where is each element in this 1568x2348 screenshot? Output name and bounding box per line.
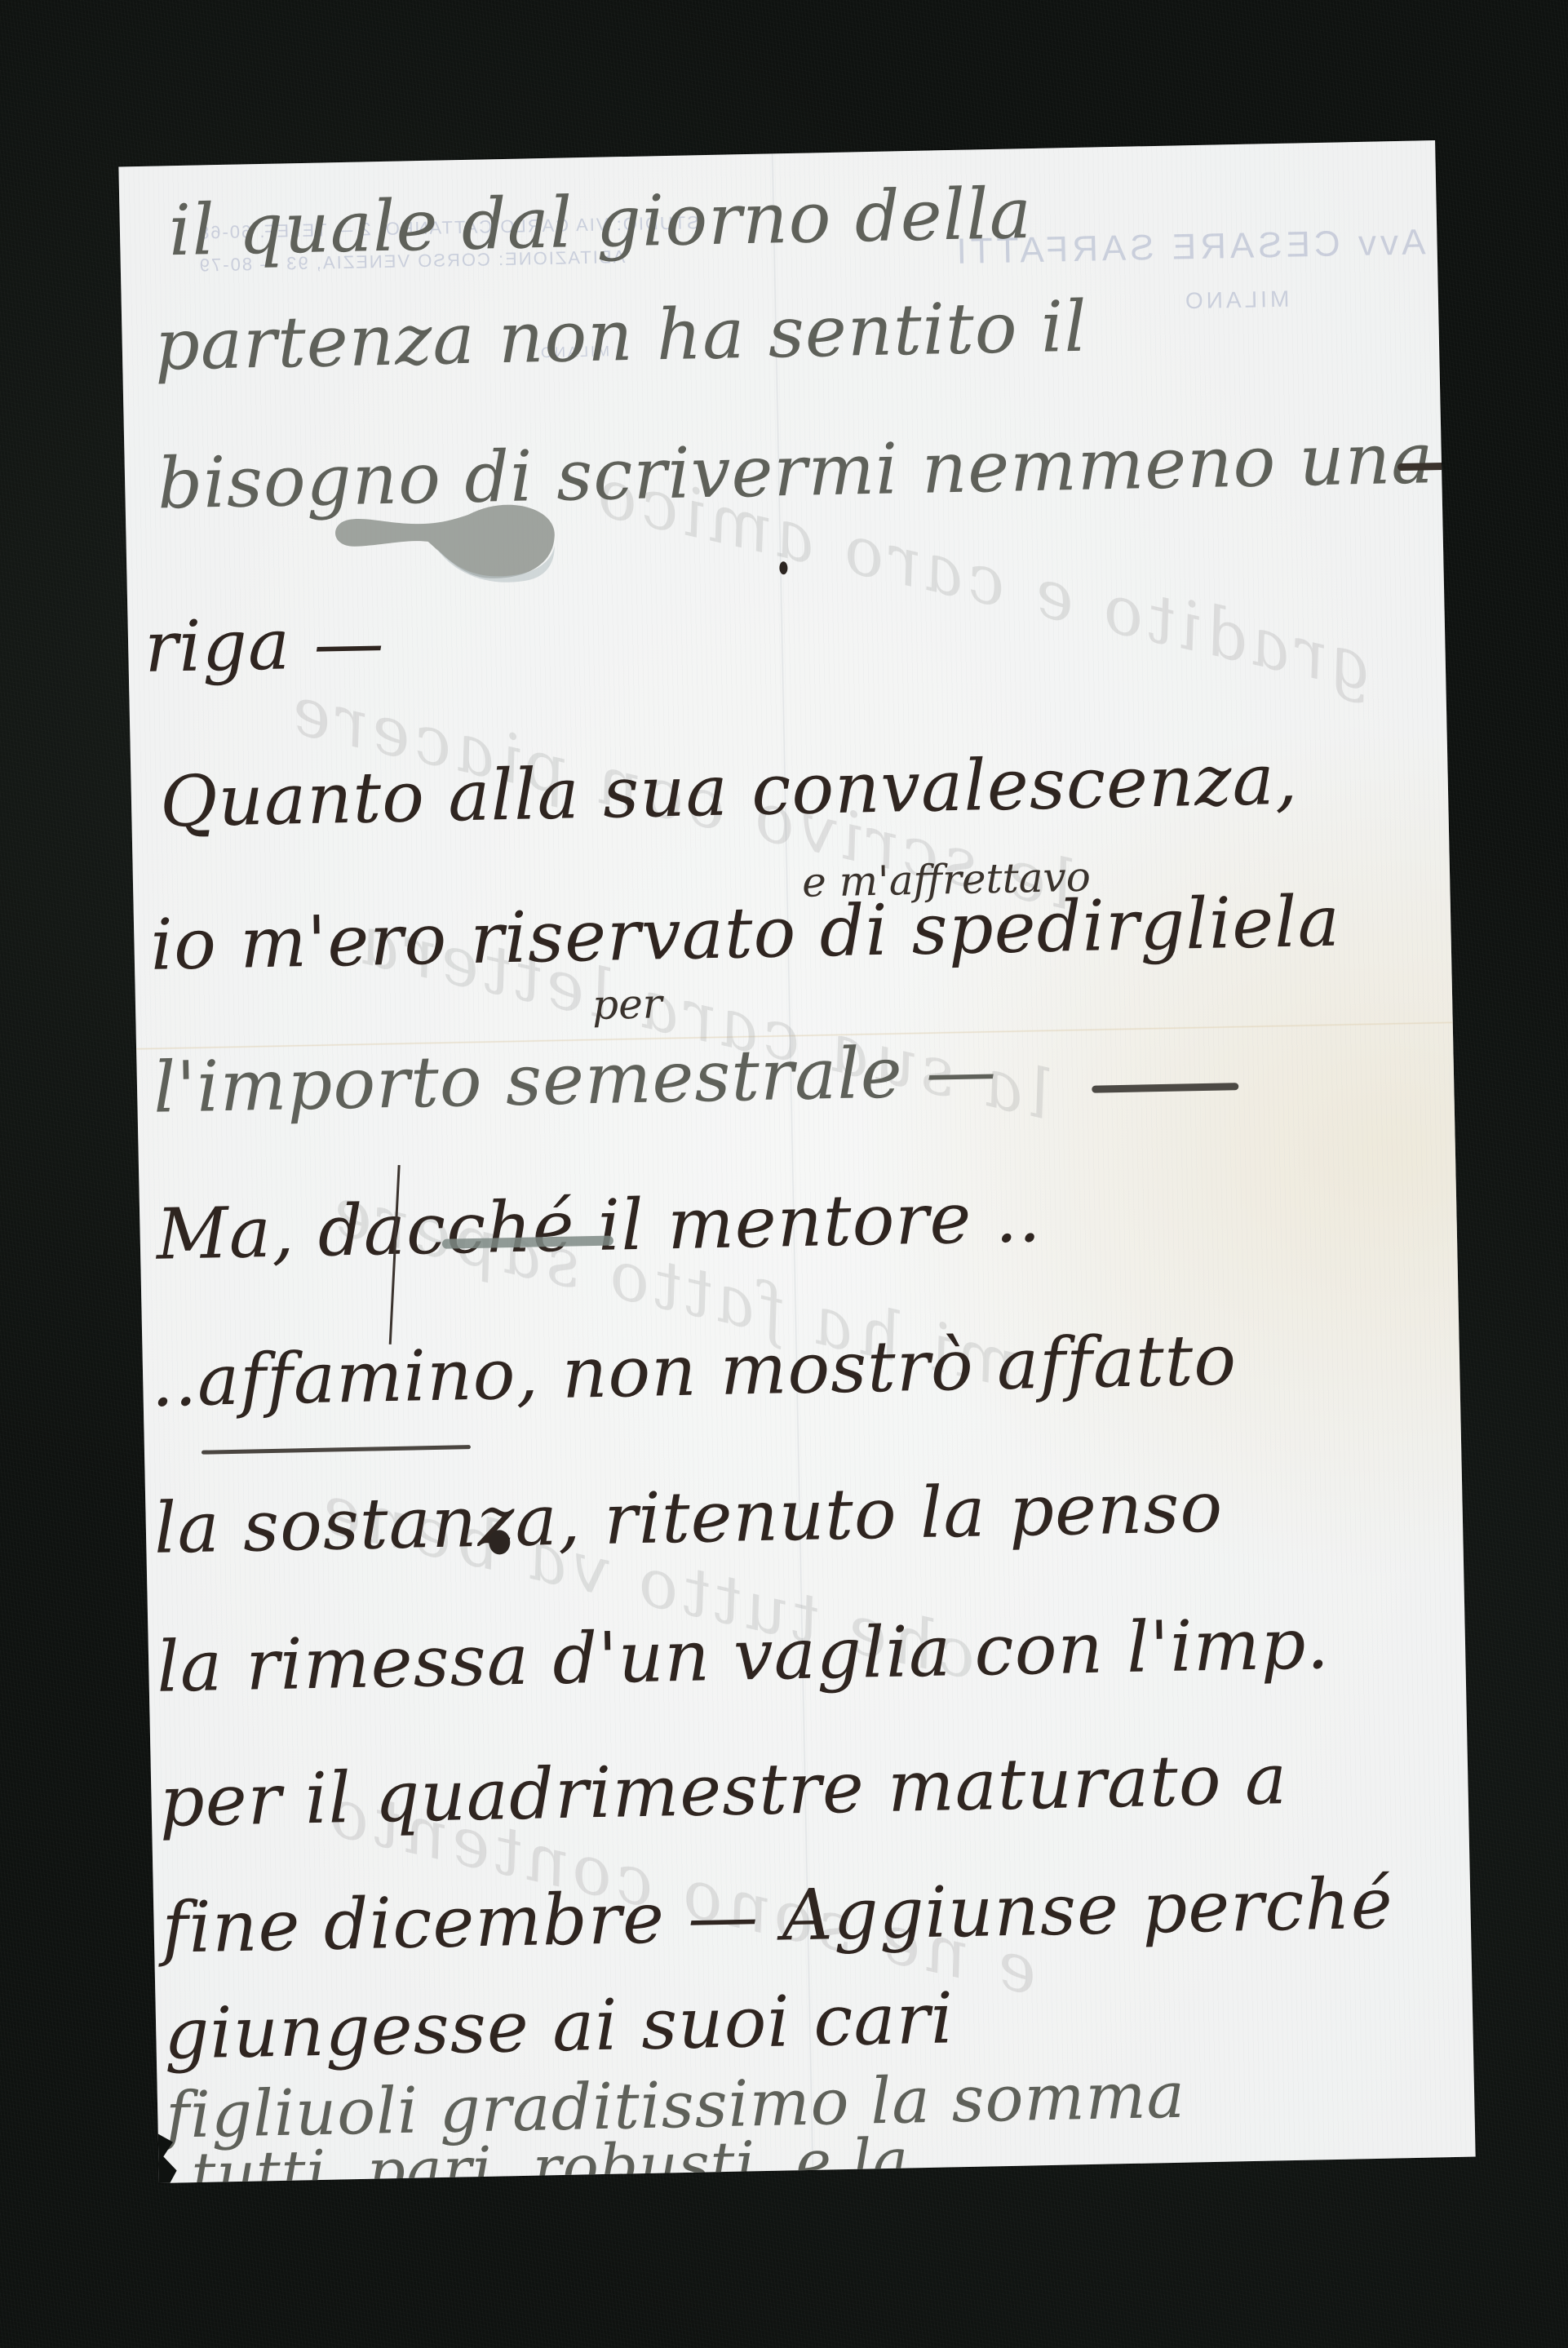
- line-end-dash: [1092, 1083, 1238, 1093]
- handwriting-line-11: la rimessa d'un vaglia con l'imp.: [156, 1603, 1330, 1708]
- handwriting-line-9: ..affamino, non mostrò affatto: [150, 1319, 1238, 1423]
- ink-dot: [779, 561, 787, 574]
- handwriting-line-3: bisogno di scrivermi nemmeno una: [157, 418, 1434, 525]
- interlinear-insertion-below: per: [592, 980, 663, 1029]
- handwriting-line-1: il quale dal giorno della: [168, 173, 1033, 272]
- handwriting-line-13: fine dicembre — Aggiunse perché: [162, 1863, 1394, 1969]
- handwriting-line-8: Ma, dacché il mentore ..: [156, 1176, 1043, 1276]
- handwriting-line-6: io m'ero riservato di spedirgliela: [150, 881, 1341, 986]
- handwriting-line-2: partenza non ha sentito il: [154, 286, 1088, 387]
- handwriting-line-7: l'importo semestrale —: [153, 1030, 998, 1129]
- handwriting-line-14: giungesse ai suoi cari: [163, 1978, 955, 2075]
- handwriting-line-4: riga —: [144, 602, 385, 689]
- letterhead-city: MILANO: [1182, 286, 1290, 315]
- handwriting-line-10: la sostanza, ritenuto la penso: [153, 1467, 1224, 1570]
- underline-mark: [202, 1445, 471, 1455]
- handwriting-line-12: per il quadrimestre maturato a: [159, 1739, 1288, 1843]
- letter-sheet: STUDIO: VIA CARLO CATTANEO, 2 — TELEF. 6…: [118, 140, 1475, 2183]
